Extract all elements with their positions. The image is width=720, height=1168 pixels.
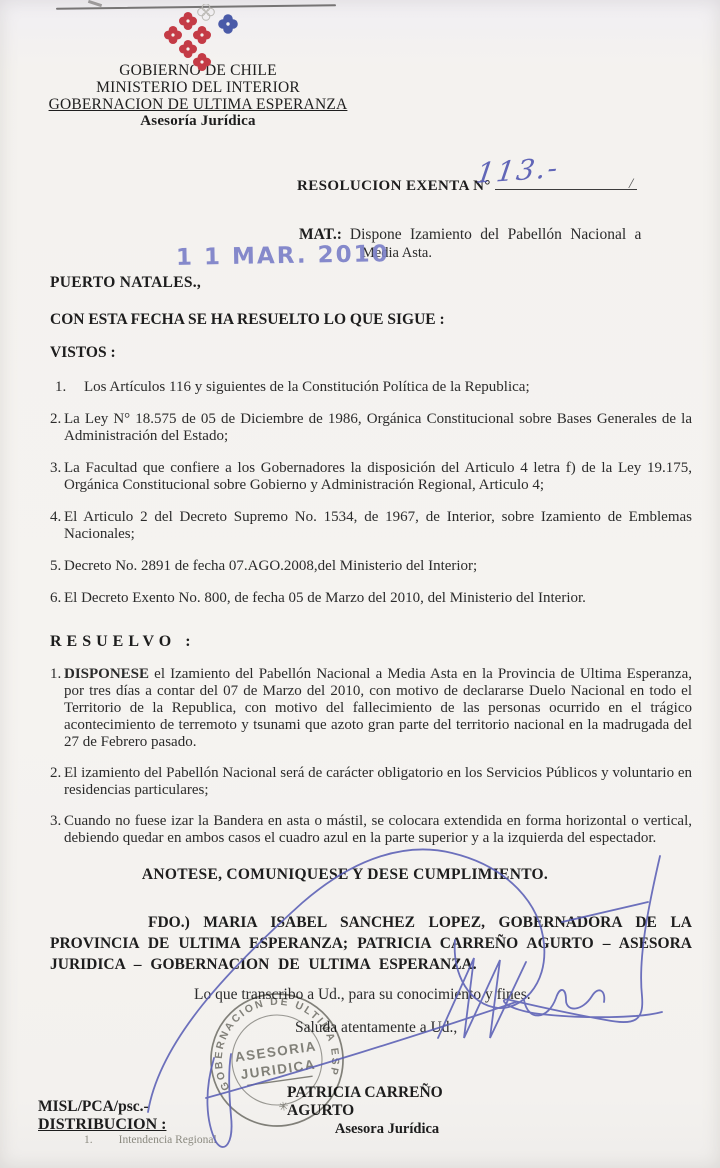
- stamp-ring-text: GOBERNACION DE ULTIMA ESPERANZA: [202, 985, 344, 1097]
- svg-text:GOBERNACION DE ULTIMA ESPERANZ: GOBERNACION DE ULTIMA ESPERANZA: [202, 985, 344, 1097]
- official-seal-stamp: GOBERNACION DE ULTIMA ESPERANZA ASESORIA…: [202, 985, 352, 1135]
- resuelvo-item: 3.Cuando no fuese izar la Bandera en ast…: [50, 813, 692, 847]
- resuelvo-list: 1.DISPONESE el Izamiento del Pabellón Na…: [50, 666, 692, 847]
- footer-block: MISL/PCA/psc.- DISTRIBUCION : 1.Intenden…: [38, 1098, 217, 1146]
- letterhead-department: Asesoría Jurídica: [40, 113, 356, 130]
- logo-red-flowers-icon: [164, 12, 211, 71]
- logo-ghost-flower-icon: [198, 4, 215, 20]
- intro-line: CON ESTA FECHA SE HA RESUELTO LO QUE SIG…: [50, 311, 720, 329]
- mat-text-line1: Dispone Izamiento del Pabellón Nacional …: [350, 226, 642, 243]
- anotese-line: ANOTESE, COMUNIQUESE Y DESE CUMPLIMIENTO…: [0, 866, 720, 884]
- letterhead-governorate: GOBERNACION DE ULTIMA ESPERANZA: [40, 96, 356, 113]
- footer-initials: MISL/PCA/psc.-: [38, 1098, 217, 1116]
- distribution-title: DISTRIBUCION :: [38, 1116, 217, 1134]
- scan-artifact-mark: [88, 0, 102, 7]
- resuelvo-title: RESUELVO :: [50, 633, 720, 651]
- stamp-star-icon: ✳: [278, 1099, 290, 1114]
- vistos-item: 2.La Ley N° 18.575 de 05 de Diciembre de…: [50, 411, 692, 445]
- logo-blue-flower-icon: [218, 14, 238, 34]
- saluda-line: Saluda atentamente a Ud.,: [295, 1019, 720, 1037]
- vistos-title: VISTOS :: [50, 344, 720, 362]
- letterhead-ministry: MINISTERIO DEL INTERIOR: [40, 79, 356, 96]
- resuelvo-item: 2.El izamiento del Pabellón Nacional ser…: [50, 765, 692, 799]
- resolution-slash-mark: /: [629, 176, 633, 193]
- fdo-paragraph: FDO.) MARIA ISABEL SANCHEZ LOPEZ, GOBERN…: [50, 912, 692, 975]
- resolution-line: RESOLUCION EXENTA N° 113.- /: [297, 170, 720, 200]
- date-stamp: 1 1 MAR. 2010: [176, 241, 390, 271]
- scanned-document-page: GOBIERNO DE CHILE MINISTERIO DEL INTERIO…: [0, 0, 720, 1168]
- vistos-item: 4.El Articulo 2 del Decreto Supremo No. …: [50, 509, 692, 543]
- vistos-item: 6.El Decreto Exento No. 800, de fecha 05…: [50, 590, 692, 607]
- gobierno-de-chile-logo-icon: [148, 4, 258, 76]
- vistos-item: 5.Decreto No. 2891 de fecha 07.AGO.2008,…: [50, 558, 692, 575]
- resolution-number-handwritten: 113.-: [474, 151, 562, 190]
- distribution-item: 1.Intendencia Regional: [84, 1134, 217, 1146]
- resuelvo-item: 1.DISPONESE el Izamiento del Pabellón Na…: [50, 666, 692, 751]
- vistos-list: 1.Los Artículos 116 y siguientes de la C…: [50, 379, 692, 607]
- resolution-label: RESOLUCION EXENTA N°: [297, 178, 491, 194]
- vistos-item: 1.Los Artículos 116 y siguientes de la C…: [50, 379, 692, 396]
- mat-text: Dispone Izamiento del Pabellón Nacional …: [350, 226, 700, 262]
- place-line: PUERTO NATALES.,: [50, 274, 720, 292]
- vistos-item: 3.La Facultad que confiere a los Goberna…: [50, 460, 692, 494]
